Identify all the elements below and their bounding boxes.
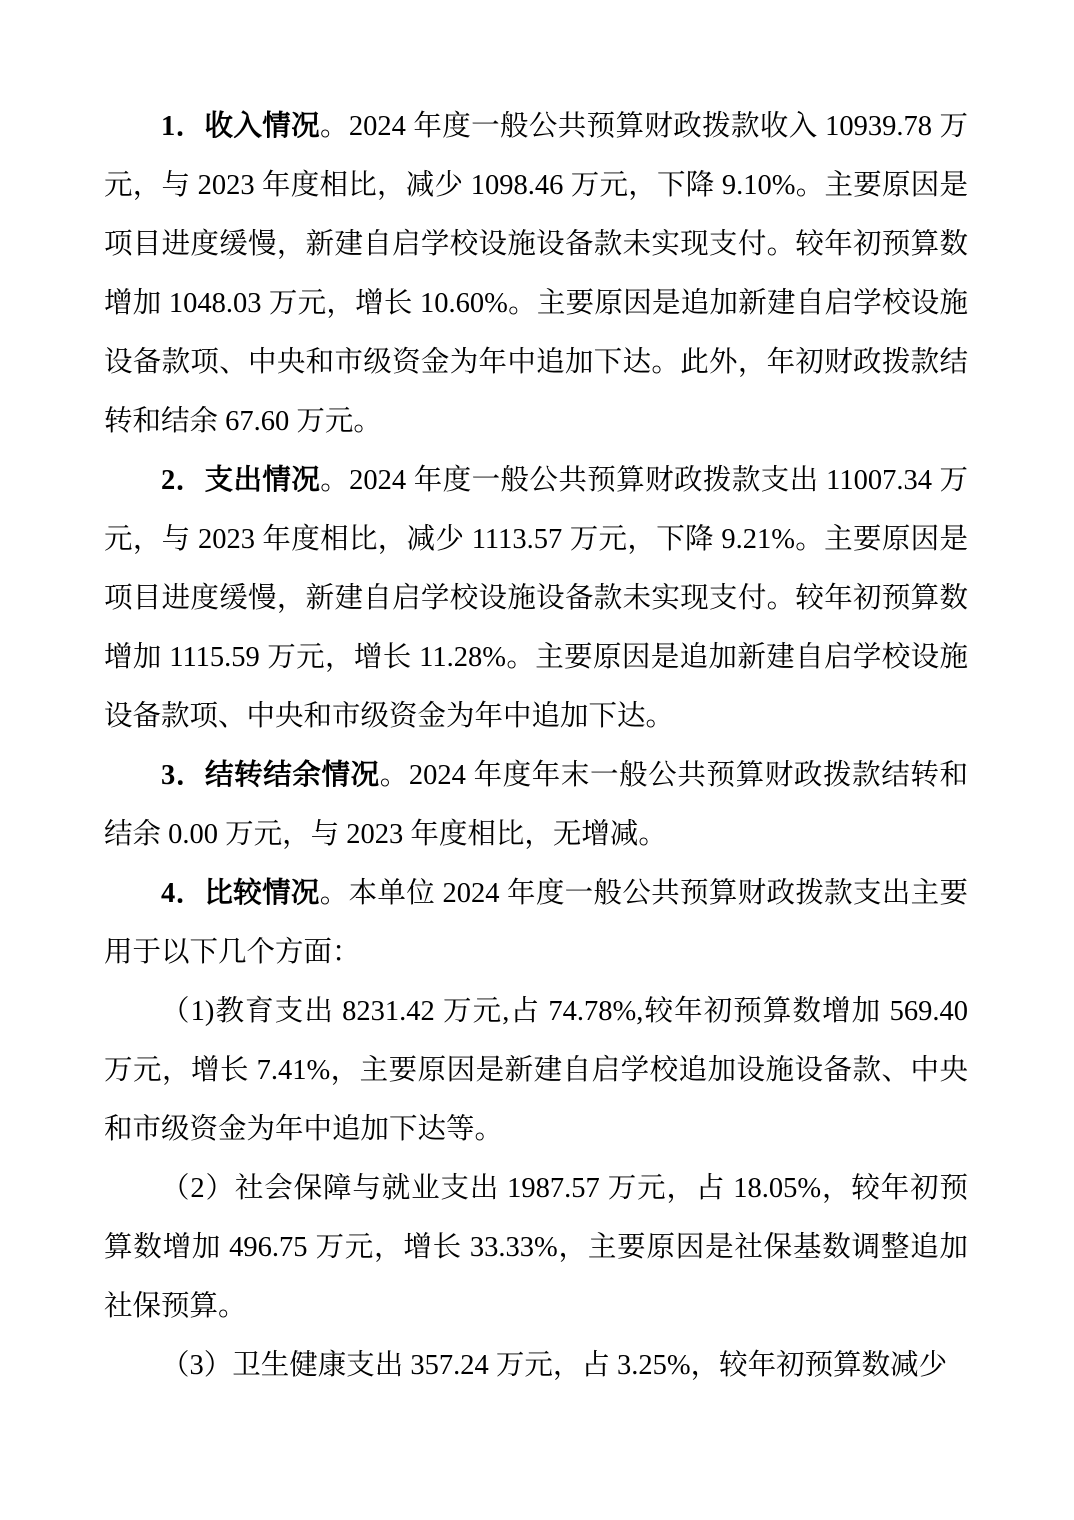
paragraph-expenditure-situation: 2．支出情况。2024 年度一般公共预算财政拨款支出 11007.34 万元，与… xyxy=(104,451,968,746)
text-run: （3）卫生健康支出 357.24 万元，占 3.25%，较年初预算数减少 xyxy=(161,1350,947,1381)
text-run: 。2024 年度一般公共预算财政拨款收入 10939.78 万元，与 2023 … xyxy=(104,111,968,437)
paragraph-education-expenditure: （1)教育支出 8231.42 万元,占 74.78%,较年初预算数增加 569… xyxy=(104,982,968,1159)
text-run: 。2024 年度一般公共预算财政拨款支出 11007.34 万元，与 2023 … xyxy=(104,465,968,732)
document-page: 1．收入情况。2024 年度一般公共预算财政拨款收入 10939.78 万元，与… xyxy=(0,0,1074,1520)
paragraph-comparison-situation: 4．比较情况。本单位 2024 年度一般公共预算财政拨款支出主要用于以下几个方面… xyxy=(104,864,968,982)
heading-expenditure-situation: 2．支出情况 xyxy=(161,465,320,496)
heading-comparison-situation: 4．比较情况 xyxy=(161,878,320,909)
paragraph-income-situation: 1．收入情况。2024 年度一般公共预算财政拨款收入 10939.78 万元，与… xyxy=(104,97,968,451)
text-run: （2）社会保障与就业支出 1987.57 万元，占 18.05%，较年初预算数增… xyxy=(104,1173,968,1322)
paragraph-social-security-expenditure: （2）社会保障与就业支出 1987.57 万元，占 18.05%，较年初预算数增… xyxy=(104,1159,968,1336)
paragraph-carryover-situation: 3．结转结余情况。2024 年度年末一般公共预算财政拨款结转和结余 0.00 万… xyxy=(104,746,968,864)
text-run: （1)教育支出 8231.42 万元,占 74.78%,较年初预算数增加 569… xyxy=(104,996,968,1145)
paragraph-health-expenditure: （3）卫生健康支出 357.24 万元，占 3.25%，较年初预算数减少 xyxy=(104,1336,968,1395)
heading-income-situation: 1．收入情况 xyxy=(161,111,320,142)
heading-carryover-situation: 3．结转结余情况 xyxy=(161,760,380,791)
